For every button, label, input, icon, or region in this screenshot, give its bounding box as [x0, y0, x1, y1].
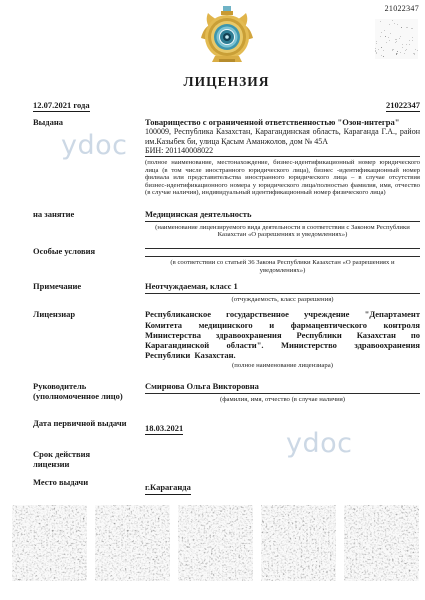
special-conditions-value: (в соответствии со статьей 36 Закона Рес… [145, 246, 420, 274]
head-label-line2: (уполномоченное лицо) [33, 391, 145, 401]
blank-line-rule [145, 248, 420, 249]
validity-label-line1: Срок действия [33, 449, 145, 459]
note-text: Неотчуждаемая, класс 1 [145, 281, 420, 294]
issue-date: 12.07.2021 года [33, 101, 90, 112]
validity-label-line2: лицензии [33, 459, 145, 469]
validity-value [145, 449, 420, 469]
head-person-name: Смирнова Ольга Викторовна [145, 381, 420, 394]
validity-label: Срок действия лицензии [33, 449, 145, 469]
note-label: Примечание [33, 281, 145, 304]
place-of-issue: г.Караганда [145, 483, 191, 494]
kazakhstan-emblem-icon [199, 6, 255, 64]
company-bin: БИН: 201140008022 [145, 146, 420, 155]
section-licensor: Лицензиар Республиканское государственно… [33, 309, 420, 370]
document-title: ЛИЦЕНЗИЯ [33, 74, 420, 90]
barcode-block [95, 505, 170, 581]
activity-name: Медицинская деятельность [145, 209, 420, 222]
header-emblem-area [33, 6, 420, 64]
place-of-issue-label: Место выдачи [33, 477, 145, 495]
barcode-block [261, 505, 336, 581]
barcode-block [344, 505, 419, 581]
issued-to-caption: (полное наименование, местонахождение, б… [145, 159, 420, 197]
company-address: 100009, Республика Казахстан, Карагандин… [145, 127, 420, 145]
issued-to-value: Товарищество с ограниченной ответственно… [145, 117, 420, 196]
head-label: Руководитель (уполномоченное лицо) [33, 381, 145, 404]
licensor-name: Республиканское государственное учрежден… [145, 309, 420, 360]
note-caption: (отчуждаемость, класс разрешения) [155, 296, 411, 304]
blank-line-rule [145, 256, 420, 257]
note-value: Неотчуждаемая, класс 1 (отчуждаемость, к… [145, 281, 420, 304]
licensor-caption: (полное наименование лицензиара) [155, 362, 411, 370]
first-issue-date-value: 18.03.2021 [145, 418, 420, 436]
place-of-issue-value: г.Караганда [145, 477, 420, 495]
barcode-strip [12, 505, 419, 581]
special-conditions-caption: (в соответствии со статьей 36 Закона Рес… [167, 259, 399, 274]
section-head: Руководитель (уполномоченное лицо) Смирн… [33, 381, 420, 404]
section-issued-to: Выдана Товарищество с ограниченной ответ… [33, 117, 420, 196]
company-name: Товарищество с ограниченной ответственно… [145, 117, 420, 127]
section-activity: на занятие Медицинская деятельность (наи… [33, 209, 420, 240]
issued-to-label: Выдана [33, 117, 145, 196]
activity-caption: (наименование лицензируемого вида деятел… [155, 224, 411, 239]
head-caption: (фамилия, имя, отчество (в случае наличи… [155, 396, 411, 404]
section-validity: Срок действия лицензии [33, 449, 420, 469]
license-document: 21022347 [0, 0, 425, 600]
special-conditions-label: Особые условия [33, 246, 145, 274]
licensor-value: Республиканское государственное учрежден… [145, 309, 420, 370]
section-first-issue-date: Дата первичной выдачи 18.03.2021 [33, 418, 420, 436]
barcode-block [12, 505, 87, 581]
first-issue-date: 18.03.2021 [145, 424, 183, 435]
head-value: Смирнова Ольга Викторовна (фамилия, имя,… [145, 381, 420, 404]
head-label-line1: Руководитель [33, 381, 145, 391]
section-special-conditions: Особые условия (в соответствии со статье… [33, 246, 420, 274]
section-place-of-issue: Место выдачи г.Караганда [33, 477, 420, 495]
license-number: 21022347 [386, 101, 420, 112]
licensor-label: Лицензиар [33, 309, 145, 370]
document-number-top: 21022347 [385, 4, 419, 13]
first-issue-date-label: Дата первичной выдачи [33, 418, 145, 436]
activity-label: на занятие [33, 209, 145, 240]
section-note: Примечание Неотчуждаемая, класс 1 (отчуж… [33, 281, 420, 304]
barcode-block [178, 505, 253, 581]
divider-rule [145, 156, 420, 157]
qr-code-icon [375, 19, 418, 59]
date-number-row: 12.07.2021 года 21022347 [33, 101, 420, 112]
activity-value: Медицинская деятельность (наименование л… [145, 209, 420, 240]
